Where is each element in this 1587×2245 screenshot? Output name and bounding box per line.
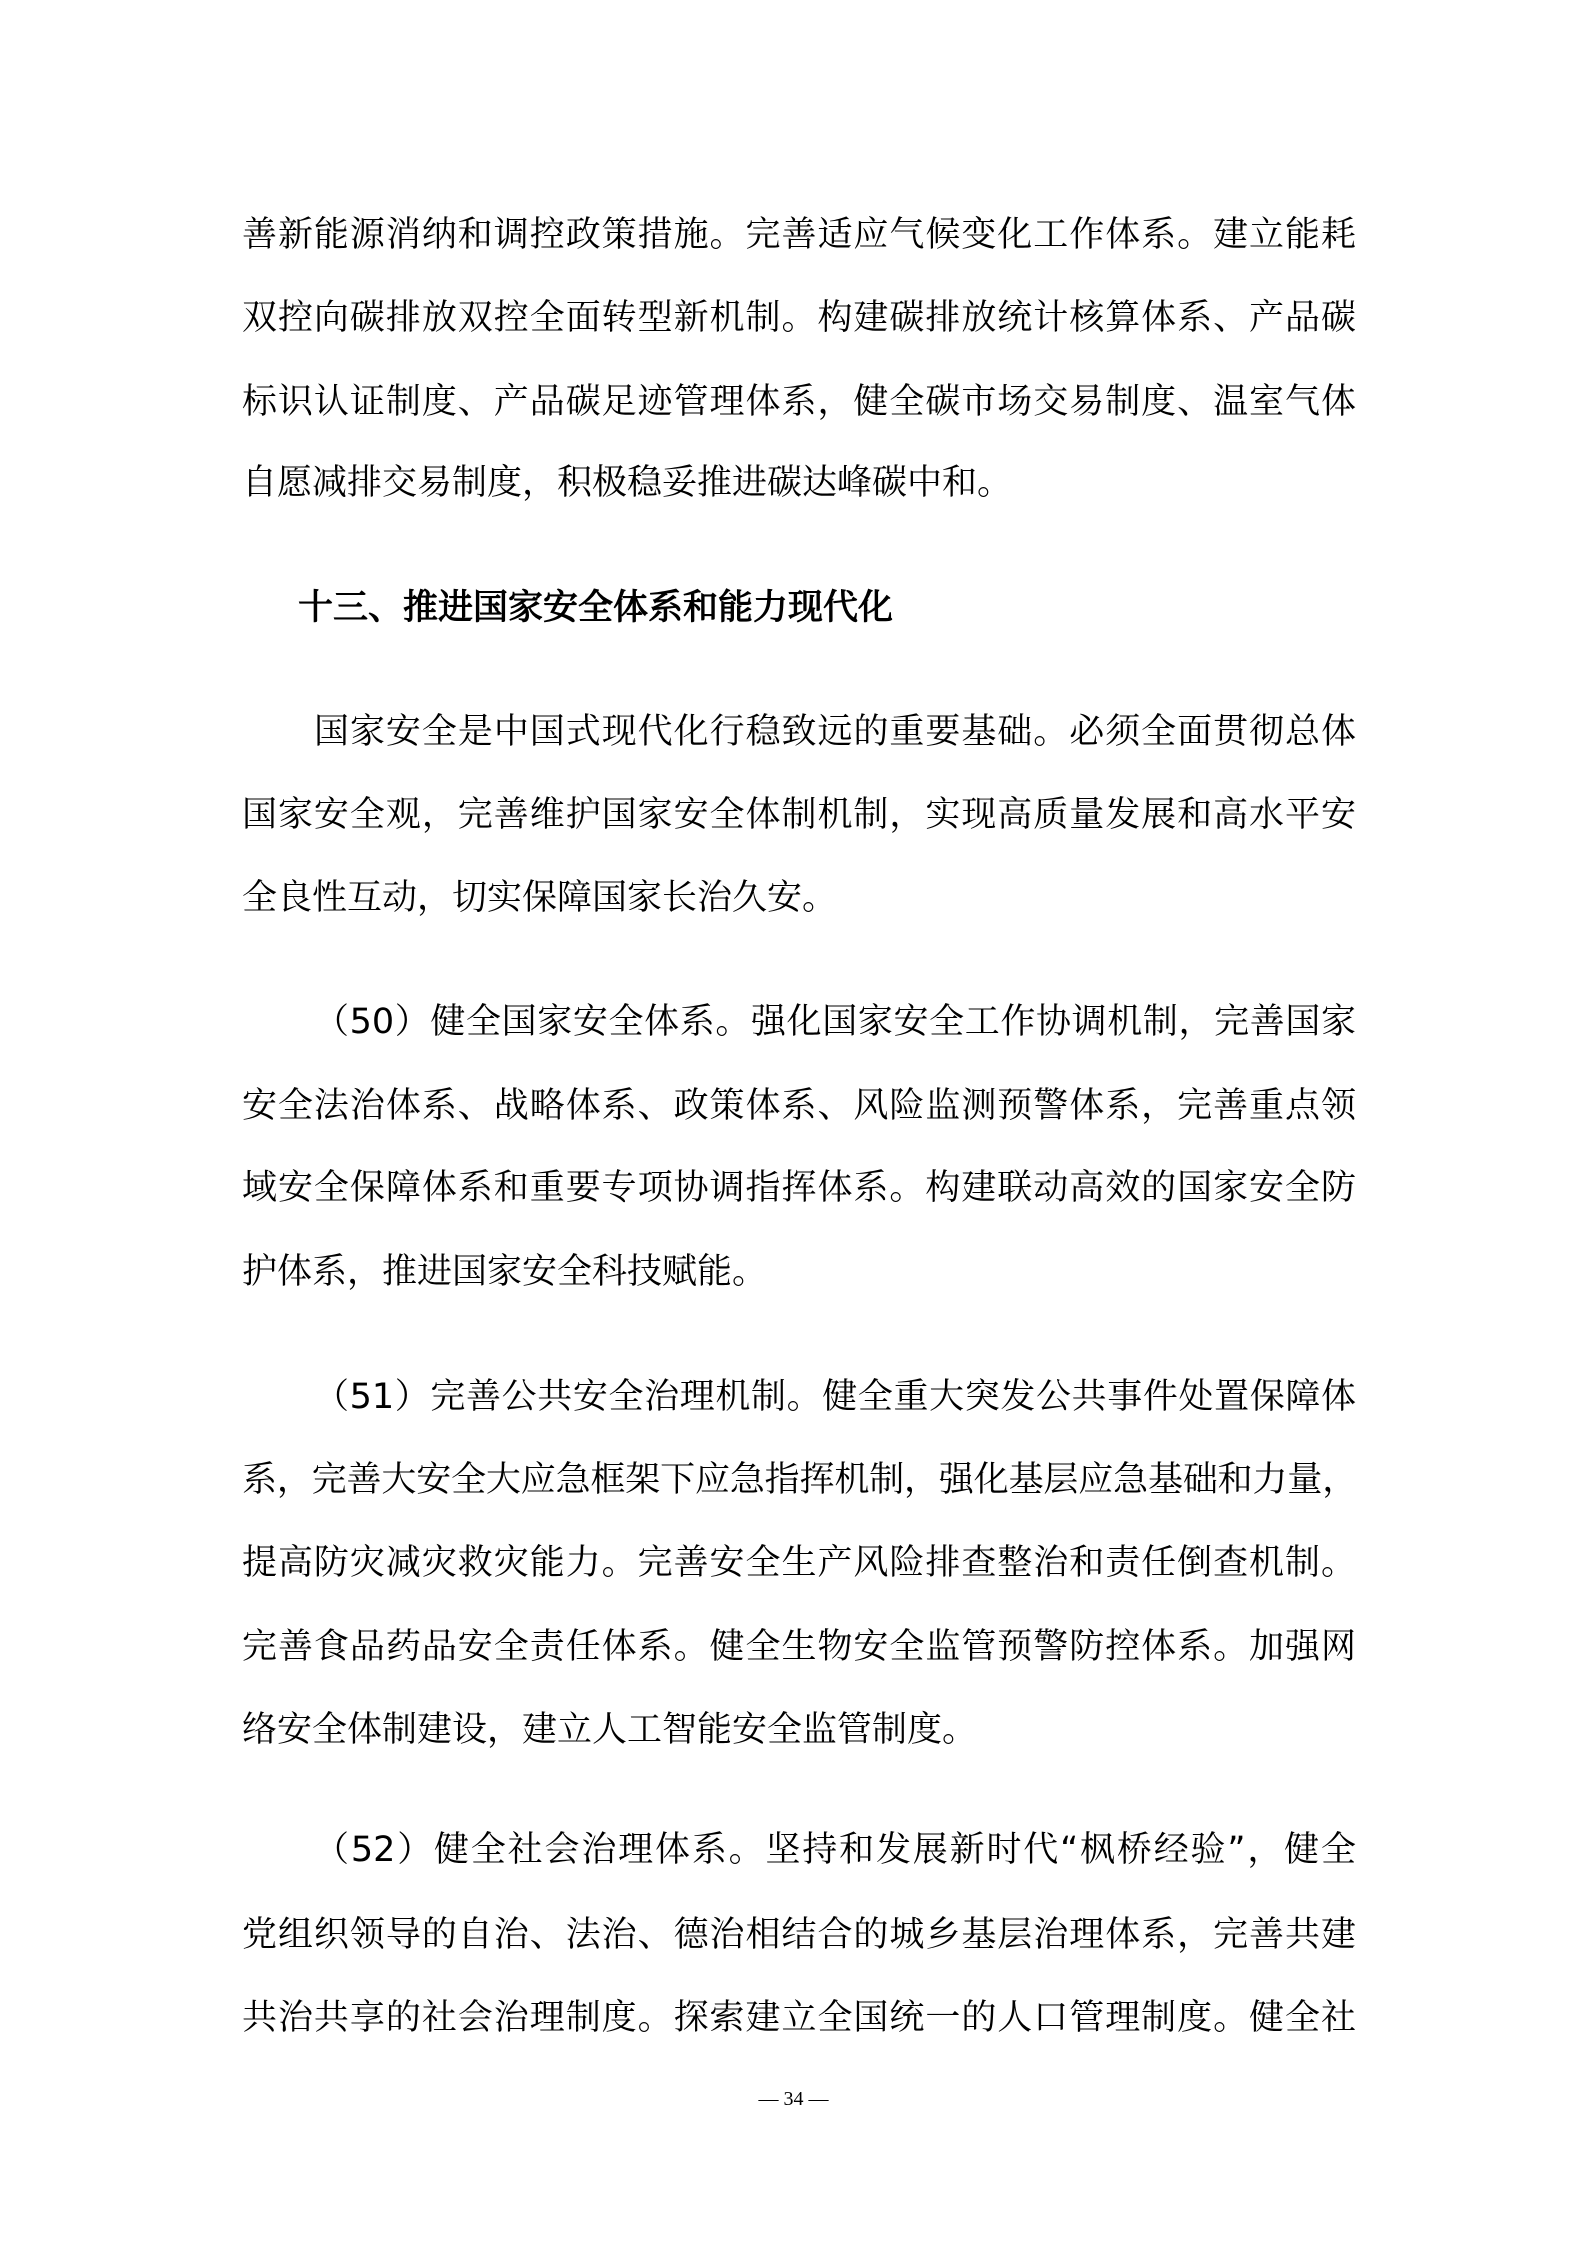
paragraph-line: 域安全保障体系和重要专项协调指挥体系。构建联动高效的国家安全防 [242,1166,1356,1210]
section-heading: 十三、推进国家安全体系和能力现代化 [298,586,893,630]
paragraph-line: 党组织领导的自治、法治、德治相结合的城乡基层治理体系，完善共建 [242,1913,1356,1957]
paragraph-line: 国家安全观，完善维护国家安全体制机制，实现高质量发展和高水平安 [242,793,1356,837]
paragraph-line: 双控向碳排放双控全面转型新机制。构建碳排放统计核算体系、产品碳 [242,296,1356,340]
paragraph-line: 络安全体制建设，建立人工智能安全监管制度。 [242,1708,1356,1752]
paragraph-line: 标识认证制度、产品碳足迹管理体系，健全碳市场交易制度、温室气体 [242,380,1356,424]
paragraph-line: 系，完善大安全大应急框架下应急指挥机制，强化基层应急基础和力量， [242,1458,1356,1502]
paragraph-line: 共治共享的社会治理制度。探索建立全国统一的人口管理制度。健全社 [242,1996,1356,2040]
paragraph-line: 自愿减排交易制度，积极稳妥推进碳达峰碳中和。 [242,461,1356,505]
paragraph-line: 国家安全是中国式现代化行稳致远的重要基础。必须全面贯彻总体 [314,710,1356,754]
paragraph-line: 护体系，推进国家安全科技赋能。 [242,1250,1356,1294]
paragraph-line: （52）健全社会治理体系。坚持和发展新时代“枫桥经验”，健全 [314,1828,1356,1872]
paragraph-line: 完善食品药品安全责任体系。健全生物安全监管预警防控体系。加强网 [242,1625,1356,1669]
page-number: — 34 — [0,2086,1587,2112]
document-page: 善新能源消纳和调控政策措施。完善适应气候变化工作体系。建立能耗 双控向碳排放双控… [0,0,1587,2245]
paragraph-line: 提高防灾减灾救灾能力。完善安全生产风险排查整治和责任倒查机制。 [242,1541,1356,1585]
paragraph-line: （50）健全国家安全体系。强化国家安全工作协调机制，完善国家 [314,1000,1356,1044]
paragraph-line: 全良性互动，切实保障国家长治久安。 [242,876,1356,920]
paragraph-line: 安全法治体系、战略体系、政策体系、风险监测预警体系，完善重点领 [242,1084,1356,1128]
paragraph-line: （51）完善公共安全治理机制。健全重大突发公共事件处置保障体 [314,1375,1356,1419]
paragraph-line: 善新能源消纳和调控政策措施。完善适应气候变化工作体系。建立能耗 [242,213,1356,257]
